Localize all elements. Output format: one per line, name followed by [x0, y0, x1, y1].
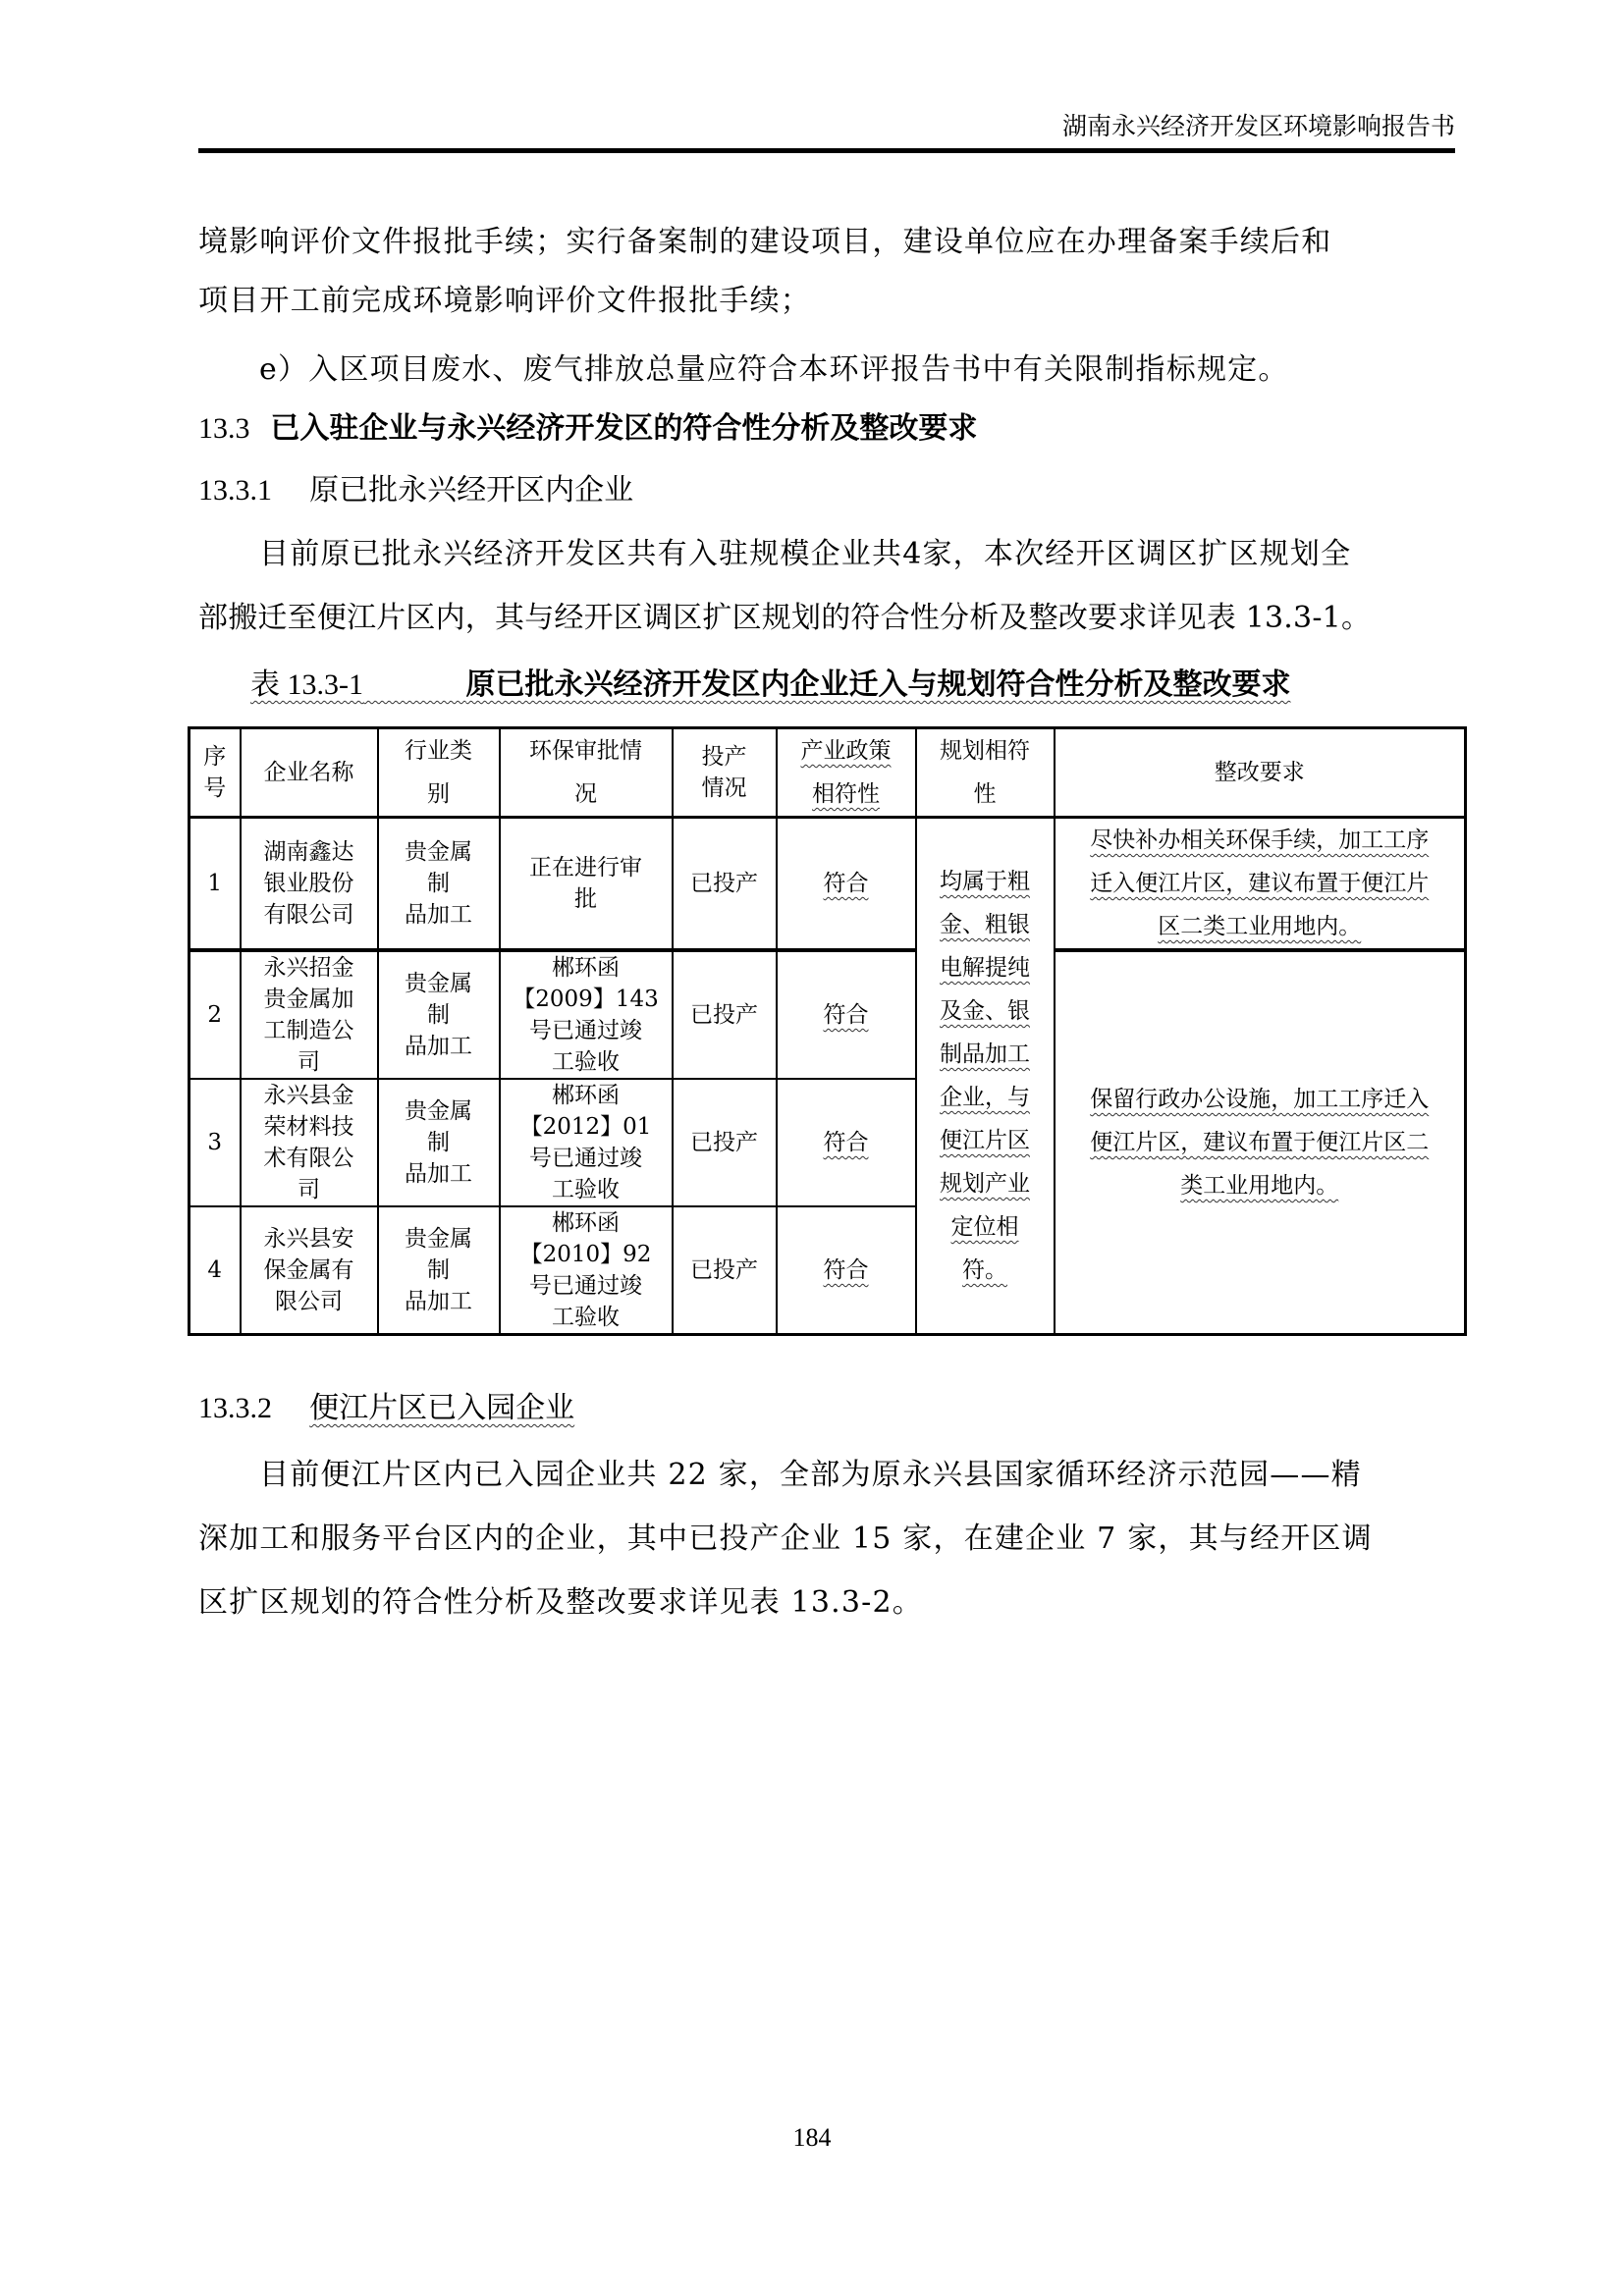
- cell-approval: 正在进行审批: [500, 818, 673, 951]
- section-title: 原已批永兴经开区内企业: [309, 473, 633, 507]
- section-number: 13.3.1: [198, 471, 272, 510]
- section-number: 13.3.2: [198, 1389, 272, 1428]
- header-cell-no: 序号: [189, 728, 241, 818]
- cell-no: 2: [189, 950, 241, 1079]
- header-cell-industry: 行业类别: [378, 728, 500, 818]
- section-number: 13.3: [198, 409, 250, 449]
- cell-industry: 贵金属制品加工: [378, 950, 500, 1079]
- running-header-title: 湖南永兴经济开发区环境影响报告书: [1062, 112, 1455, 141]
- paragraph-13-3-2-line-3: 区扩区规划的符合性分析及整改要求详见表 13.3-2。: [198, 1574, 1455, 1632]
- cell-no: 3: [189, 1079, 241, 1206]
- paragraph-13-3-2-line-1: 目前便江片区内已入园企业共 22 家，全部为原永兴县国家循环经济示范园——精: [198, 1446, 1516, 1505]
- header-cell-production: 投产情况: [673, 728, 777, 818]
- paragraph-13-3-2-line-2: 深加工和服务平台区内的企业，其中已投产企业 15 家，在建企业 7 家，其与经开…: [198, 1510, 1455, 1569]
- section-title: 便江片区已入园企业: [309, 1391, 574, 1425]
- cell-company: 永兴招金贵金属加工制造公司: [241, 950, 378, 1079]
- page-number: 184: [0, 2122, 1624, 2154]
- cell-policy: 符合: [777, 818, 916, 951]
- cell-production: 已投产: [673, 1206, 777, 1335]
- cell-no: 4: [189, 1206, 241, 1335]
- cell-industry: 贵金属制品加工: [378, 818, 500, 951]
- cell-no: 1: [189, 818, 241, 951]
- cell-company: 永兴县金荣材料技术有限公司: [241, 1079, 378, 1206]
- intro-line-1: 境影响评价文件报批手续；实行备案制的建设项目，建设单位应在办理备案手续后和: [198, 213, 1455, 272]
- header-divider: [198, 148, 1455, 153]
- cell-industry: 贵金属制品加工: [378, 1206, 500, 1335]
- cell-company: 永兴县安保金属有限公司: [241, 1206, 378, 1335]
- cell-production: 已投产: [673, 818, 777, 951]
- intro-line-3: e）入区项目废水、废气排放总量应符合本环评报告书中有关限制指标规定。: [198, 341, 1516, 400]
- cell-company: 湖南鑫达银业股份有限公司: [241, 818, 378, 951]
- table-header-row: 序号 企业名称 行业类别 环保审批情况 投产情况 产业政策相符性 规划相符性 整…: [189, 728, 1466, 818]
- table-row: 2 永兴招金贵金属加工制造公司 贵金属制品加工 郴环函【2009】143号已通过…: [189, 950, 1466, 1079]
- header-cell-approval: 环保审批情况: [500, 728, 673, 818]
- header-cell-plan-fit: 规划相符性: [916, 728, 1055, 818]
- paragraph-13-3-1-line-1: 目前原已批永兴经济开发区共有入驻规模企业共4家，本次经开区调区扩区规划全: [198, 525, 1516, 584]
- section-heading-13-3-1: 13.3.1 原已批永兴经开区内企业: [198, 471, 633, 510]
- header-cell-requirement: 整改要求: [1055, 728, 1466, 818]
- table-caption-title: 原已批永兴经济开发区内企业迁入与规划符合性分析及整改要求: [465, 667, 1290, 702]
- section-heading-13-3-2: 13.3.2 便江片区已入园企业: [198, 1389, 574, 1428]
- table-caption-number: 表 13.3-1: [250, 668, 363, 701]
- cell-production: 已投产: [673, 950, 777, 1079]
- paragraph-13-3-1-line-2: 部搬迁至便江片区内，其与经开区调区扩区规划的符合性分析及整改要求详见表 13.3…: [198, 589, 1455, 648]
- cell-approval: 郴环函【2010】92号已通过竣工验收: [500, 1206, 673, 1335]
- cell-industry: 贵金属制品加工: [378, 1079, 500, 1206]
- intro-line-2: 项目开工前完成环境影响评价文件报批手续；: [198, 272, 1455, 331]
- compliance-table: 序号 企业名称 行业类别 环保审批情况 投产情况 产业政策相符性 规划相符性 整…: [188, 726, 1467, 1336]
- cell-approval: 郴环函【2009】143号已通过竣工验收: [500, 950, 673, 1079]
- header-cell-policy: 产业政策相符性: [777, 728, 916, 818]
- cell-policy: 符合: [777, 1206, 916, 1335]
- cell-plan-fit-merged: 均属于粗 金、粗银 电解提纯 及金、银 制品加工 企业，与 便江片区 规划产业 …: [916, 818, 1055, 1335]
- section-heading-13-3: 13.3 已入驻企业与永兴经济开发区的符合性分析及整改要求: [198, 409, 977, 449]
- cell-production: 已投产: [673, 1079, 777, 1206]
- cell-requirement-row1: 尽快补办相关环保手续，加工工序 迁入便江片区，建议布置于便江片 区二类工业用地内…: [1055, 818, 1466, 951]
- header-cell-company: 企业名称: [241, 728, 378, 818]
- cell-approval: 郴环函【2012】01号已通过竣工验收: [500, 1079, 673, 1206]
- table-row: 1 湖南鑫达银业股份有限公司 贵金属制品加工 正在进行审批 已投产 符合 均属于…: [189, 818, 1466, 951]
- section-title: 已入驻企业与永兴经济开发区的符合性分析及整改要求: [270, 411, 977, 446]
- cell-requirement-rows2-4: 保留行政办公设施，加工工序迁入 便江片区，建议布置于便江片区二 类工业用地内。: [1055, 950, 1466, 1335]
- table-caption: 表 13.3-1 原已批永兴经济开发区内企业迁入与规划符合性分析及整改要求: [250, 666, 1290, 705]
- cell-policy: 符合: [777, 950, 916, 1079]
- cell-policy: 符合: [777, 1079, 916, 1206]
